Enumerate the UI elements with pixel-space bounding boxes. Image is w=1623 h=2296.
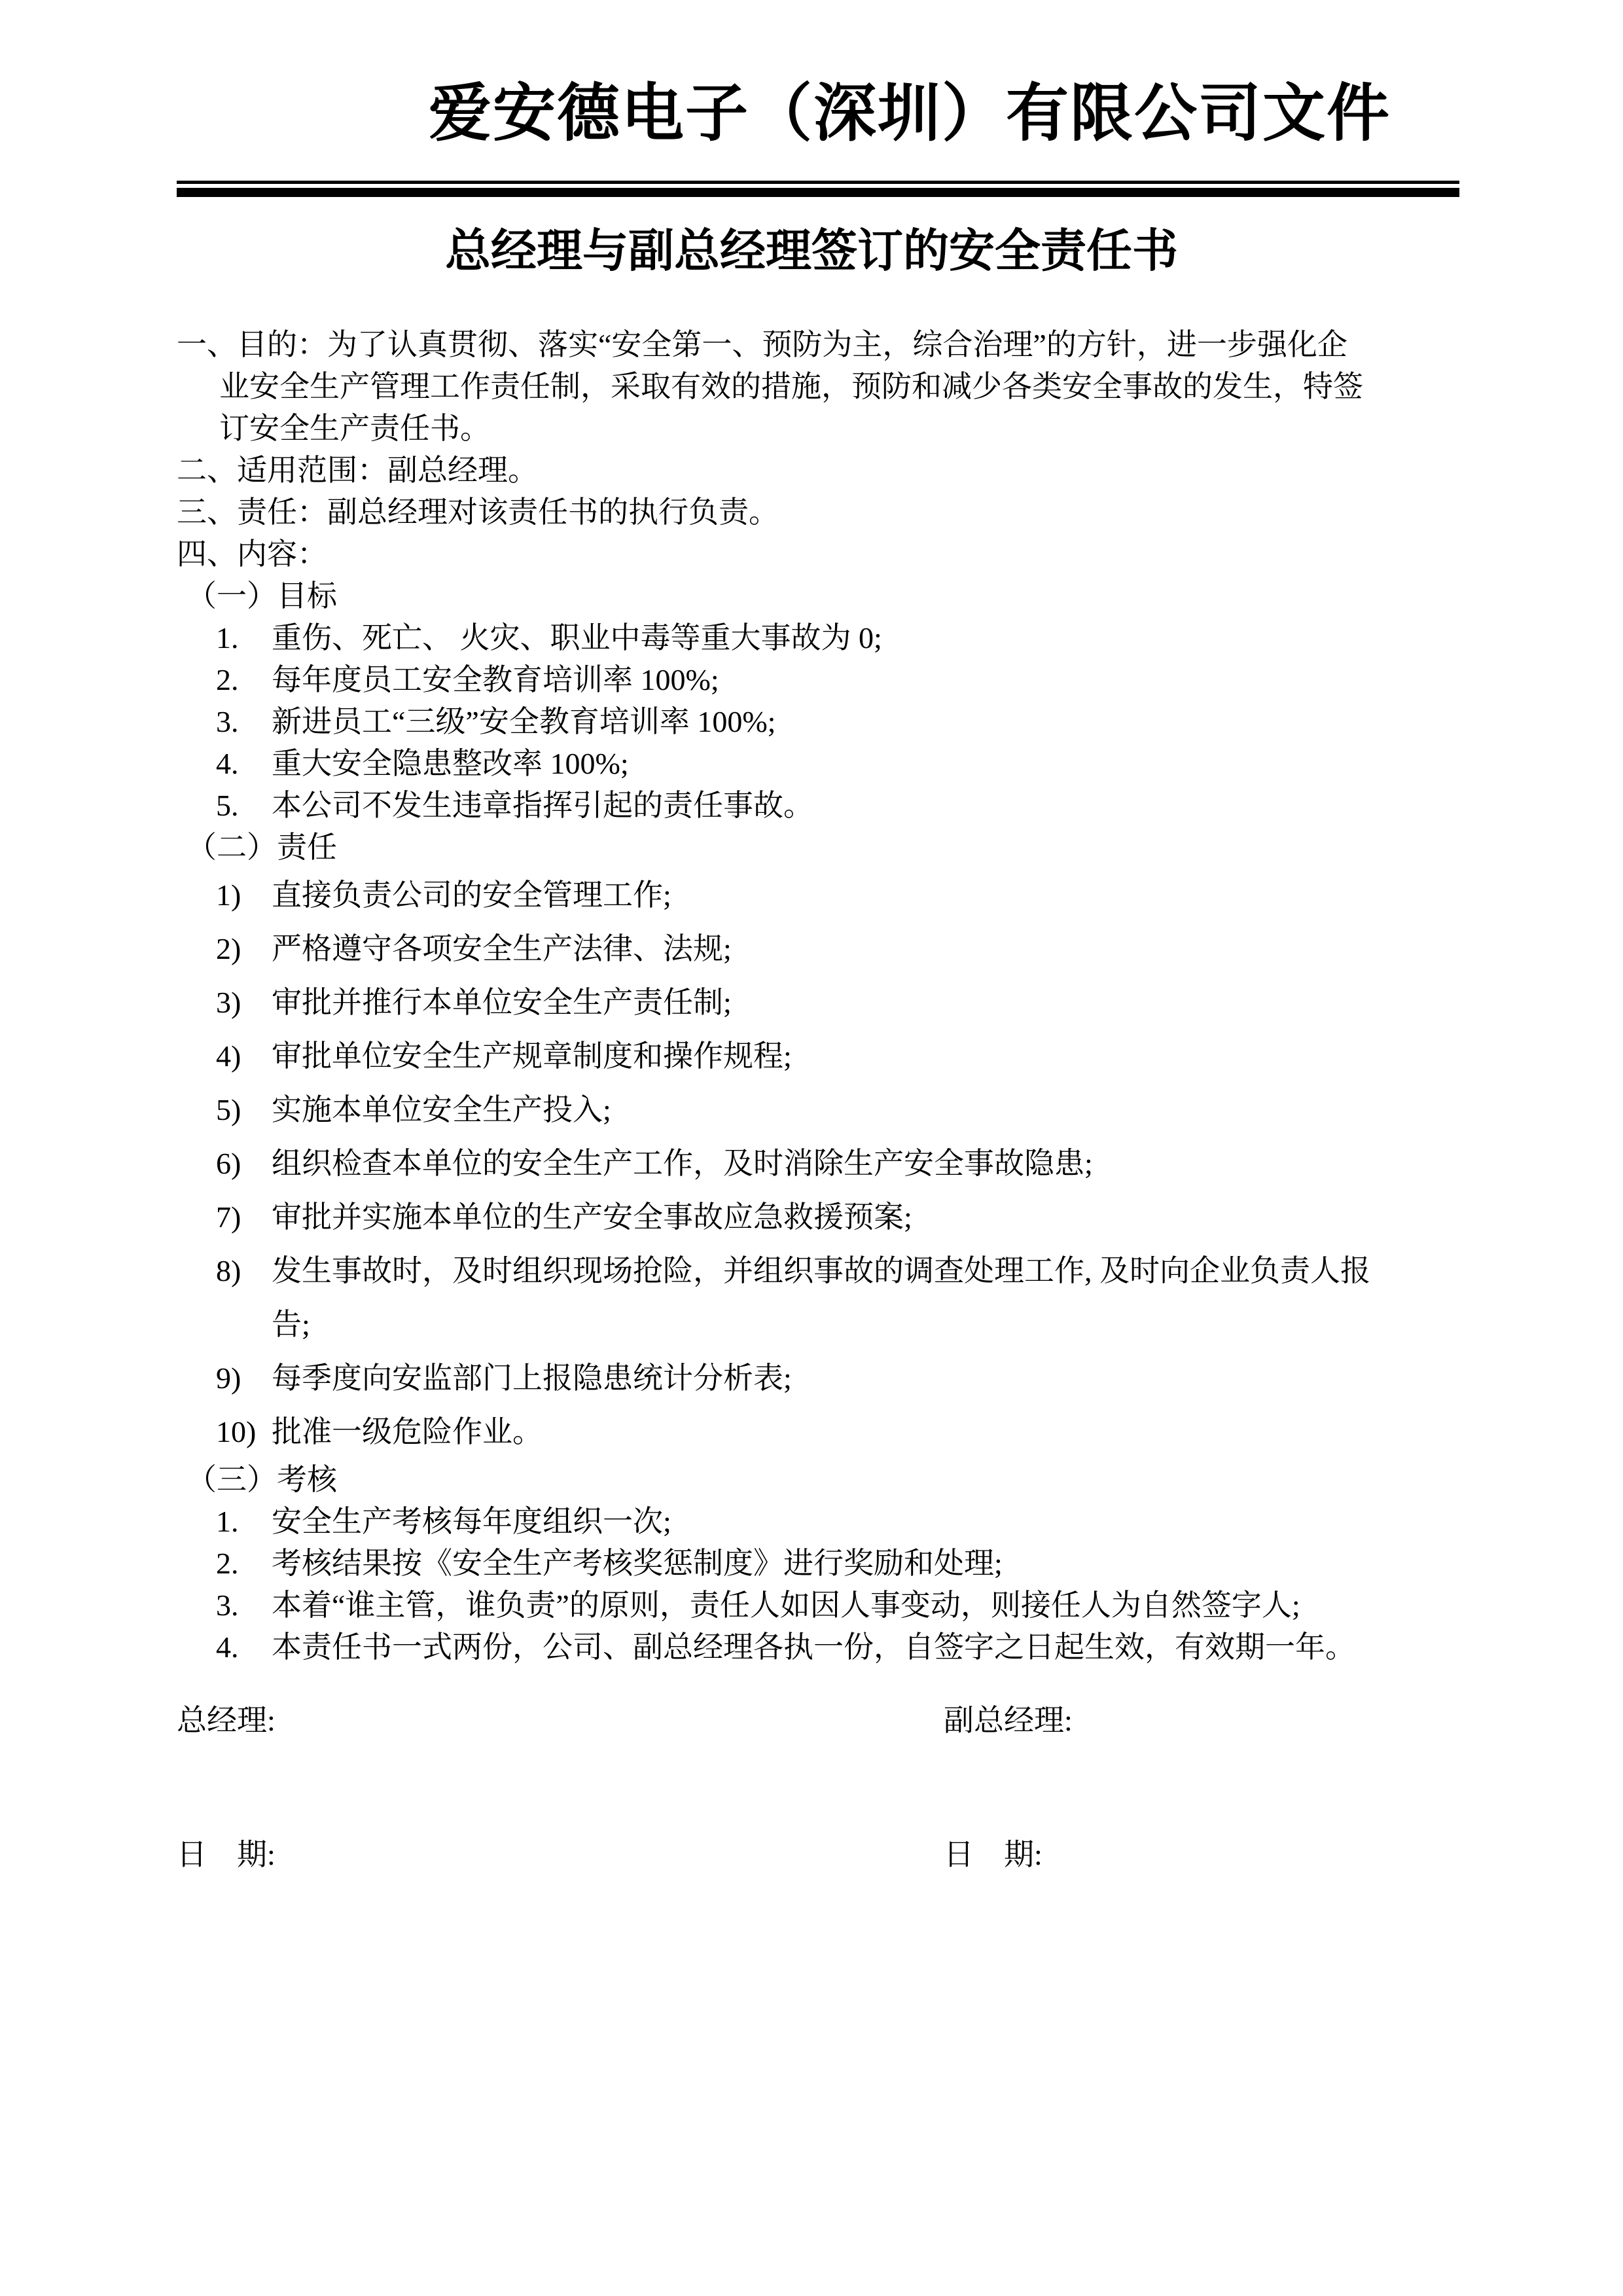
list-item-number: 9) (216, 1352, 272, 1405)
date-label-right: 日 期: (944, 1838, 1043, 1871)
list-item-number: 4) (216, 1030, 272, 1083)
intro-text: 责任：副总经理对该责任书的执行负责。 (237, 495, 779, 529)
company-letterhead: 爱安德电子（深圳）有限公司文件 (0, 0, 1623, 151)
list-item-number: 4. (216, 743, 272, 785)
list-item-number: 8) (216, 1244, 272, 1298)
list-item-text: 本公司不发生违章指挥引起的责任事故。 (272, 785, 813, 827)
list-item-number: 10) (216, 1405, 272, 1459)
list-item: 3.新进员工“三级”安全教育培训率 100%; (177, 701, 1459, 743)
list-item-text: 直接负责公司的安全管理工作; (272, 869, 671, 922)
list-item-text: 重伤、死亡、 火灾、职业中毒等重大事故为 0; (272, 617, 882, 659)
list-item: 7)审批并实施本单位的生产安全事故应急救援预案; (177, 1191, 1459, 1244)
divider-thin-rule (177, 181, 1459, 184)
list-item-text: 安全生产考核每年度组织一次; (272, 1501, 671, 1543)
document-page: 爱安德电子（深圳）有限公司文件 总经理与副总经理签订的安全责任书 一、目的：为了… (0, 0, 1623, 2296)
list-item-text: 发生事故时，及时组织现场抢险，并组织事故的调查处理工作, 及时向企业负责人报 (272, 1244, 1370, 1298)
list-item-text: 审批单位安全生产规章制度和操作规程; (272, 1030, 792, 1083)
list-item-number: 2) (216, 922, 272, 976)
list-item-number: 1. (216, 1501, 272, 1543)
section-heading-duty: （二）责任 (177, 827, 1459, 869)
list-item-number: 4. (216, 1626, 272, 1668)
list-item-text: 审批并推行本单位安全生产责任制; (272, 976, 732, 1030)
list-item-number: 3) (216, 976, 272, 1030)
list-item-text: 每年度员工安全教育培训率 100%; (272, 659, 719, 701)
list-item: 8)发生事故时，及时组织现场抢险，并组织事故的调查处理工作, 及时向企业负责人报 (177, 1244, 1459, 1298)
intro-number: 一、 (177, 328, 237, 361)
list-item-text: 告; (272, 1298, 310, 1352)
list-item-number: 5) (216, 1083, 272, 1137)
list-item-number: 3. (216, 701, 272, 743)
list-item-text: 实施本单位安全生产投入; (272, 1083, 611, 1137)
section-heading-assessment: （三）考核 (177, 1459, 1459, 1501)
list-item: 3)审批并推行本单位安全生产责任制; (177, 976, 1459, 1030)
list-item: 4.重大安全隐患整改率 100%; (177, 743, 1459, 785)
list-item: 1.安全生产考核每年度组织一次; (177, 1501, 1459, 1543)
date-row: 日 期:日 期: (177, 1834, 1459, 1876)
general-manager-signature-label: 总经理: (177, 1700, 944, 1742)
list-item: 6)组织检查本单位的安全生产工作，及时消除生产安全事故隐患; (177, 1137, 1459, 1191)
list-item-text: 严格遵守各项安全生产法律、法规; (272, 922, 732, 976)
intro-line: 二、适用范围：副总经理。 (177, 450, 1459, 492)
list-item: 5.本公司不发生违章指挥引起的责任事故。 (177, 785, 1459, 827)
signature-row: 总经理:副总经理: (177, 1700, 1459, 1742)
list-item: 1.重伤、死亡、 火灾、职业中毒等重大事故为 0; (177, 617, 1459, 659)
list-item: 1)直接负责公司的安全管理工作; (177, 869, 1459, 922)
list-item: 3.本着“谁主管，谁负责”的原则，责任人如因人事变动，则接任人为自然签字人; (177, 1585, 1459, 1626)
list-item-text: 批准一级危险作业。 (272, 1405, 543, 1459)
deputy-general-manager-signature-label: 副总经理: (944, 1704, 1073, 1737)
intro-number: 四、 (177, 537, 237, 571)
document-body: 一、目的：为了认真贯彻、落实“安全第一、预防为主，综合治理”的方针，进一步强化企… (0, 324, 1623, 1876)
list-item-text: 本着“谁主管，谁负责”的原则，责任人如因人事变动，则接任人为自然签字人; (272, 1585, 1300, 1626)
list-item-number: 2. (216, 1543, 272, 1585)
section-heading-goal: （一）目标 (177, 575, 1459, 617)
list-item-continuation: 告; (177, 1298, 1459, 1352)
intro-number: 三、 (177, 495, 237, 529)
list-item: 2)严格遵守各项安全生产法律、法规; (177, 922, 1459, 976)
list-item-text: 重大安全隐患整改率 100%; (272, 743, 629, 785)
divider-thick-rule (177, 188, 1459, 197)
list-item-text: 本责任书一式两份，公司、副总经理各执一份，自签字之日起生效，有效期一年。 (272, 1626, 1355, 1668)
intro-line: 三、责任：副总经理对该责任书的执行负责。 (177, 492, 1459, 533)
list-item: 4.本责任书一式两份，公司、副总经理各执一份，自签字之日起生效，有效期一年。 (177, 1626, 1459, 1668)
list-item: 2.考核结果按《安全生产考核奖惩制度》进行奖励和处理; (177, 1543, 1459, 1585)
list-item-number: 7) (216, 1191, 272, 1244)
list-item-number: 1. (216, 617, 272, 659)
list-item: 4)审批单位安全生产规章制度和操作规程; (177, 1030, 1459, 1083)
list-item-number: 6) (216, 1137, 272, 1191)
list-item: 10)批准一级危险作业。 (177, 1405, 1459, 1459)
intro-line: 业安全生产管理工作责任制，采取有效的措施，预防和减少各类安全事故的发生，特签 (177, 366, 1459, 408)
intro-line: 订安全生产责任书。 (177, 408, 1459, 450)
list-item-number: 3. (216, 1585, 272, 1626)
list-item: 9)每季度向安监部门上报隐患统计分析表; (177, 1352, 1459, 1405)
intro-text: 目的：为了认真贯彻、落实“安全第一、预防为主，综合治理”的方针，进一步强化企 (237, 328, 1347, 361)
intro-line: 一、目的：为了认真贯彻、落实“安全第一、预防为主，综合治理”的方针，进一步强化企 (177, 324, 1459, 366)
intro-number: 二、 (177, 454, 237, 487)
list-item-text: 审批并实施本单位的生产安全事故应急救援预案; (272, 1191, 912, 1244)
date-label-left: 日 期: (177, 1834, 944, 1876)
intro-text: 内容： (237, 537, 327, 571)
list-item-text: 组织检查本单位的安全生产工作，及时消除生产安全事故隐患; (272, 1137, 1093, 1191)
list-item-number: 1) (216, 869, 272, 922)
list-item-text: 每季度向安监部门上报隐患统计分析表; (272, 1352, 792, 1405)
list-item-number: 2. (216, 659, 272, 701)
list-item-number (216, 1298, 272, 1352)
list-item-text: 新进员工“三级”安全教育培训率 100%; (272, 701, 776, 743)
intro-line: 四、内容： (177, 533, 1459, 575)
list-item-text: 考核结果按《安全生产考核奖惩制度》进行奖励和处理; (272, 1543, 1003, 1585)
list-item: 2.每年度员工安全教育培训率 100%; (177, 659, 1459, 701)
list-item-number: 5. (216, 785, 272, 827)
list-item: 5)实施本单位安全生产投入; (177, 1083, 1459, 1137)
document-title: 总经理与副总经理签订的安全责任书 (0, 226, 1623, 278)
letterhead-divider (177, 181, 1459, 197)
intro-text: 适用范围：副总经理。 (237, 454, 538, 487)
